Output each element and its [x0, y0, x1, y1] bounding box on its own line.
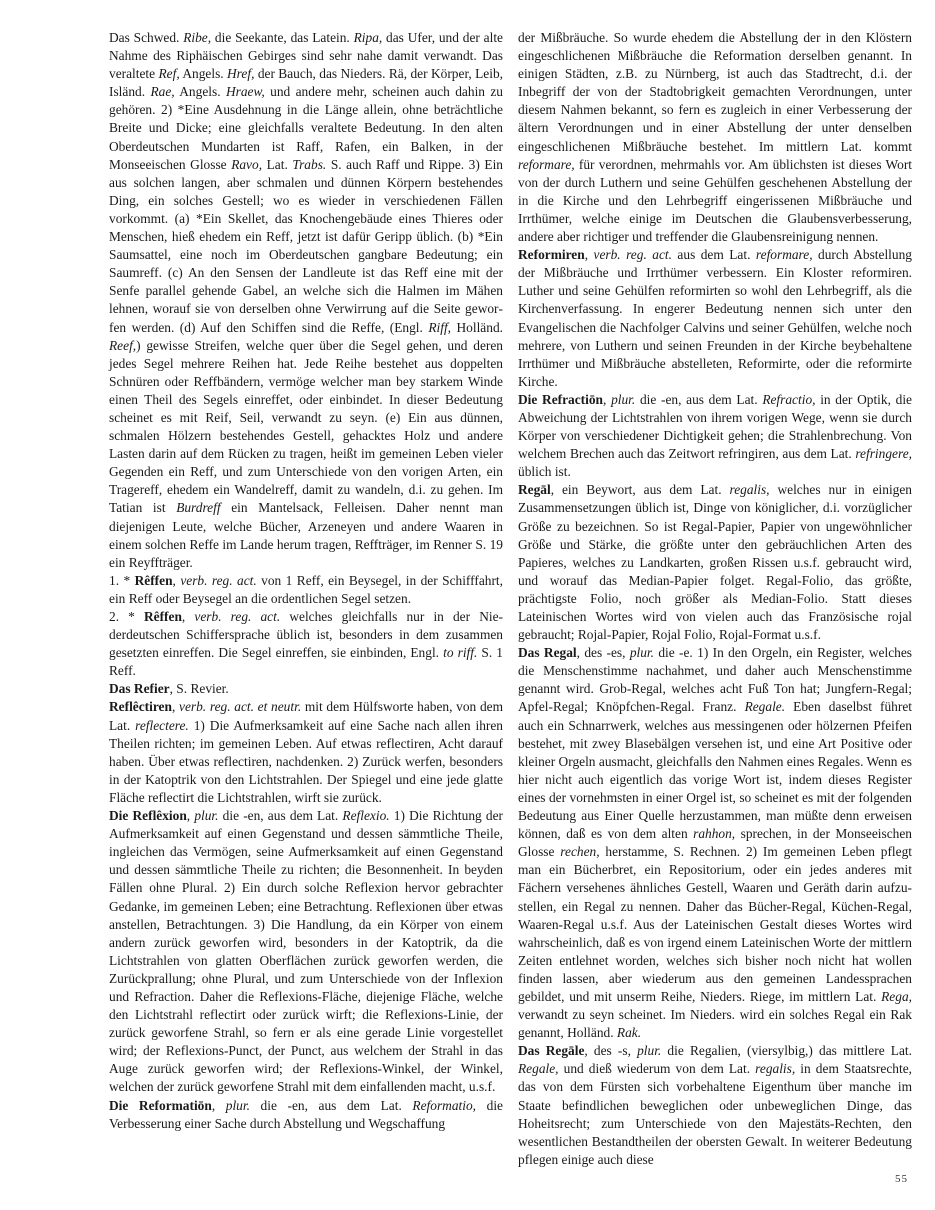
dictionary-entry: Reflêctiren, verb. reg. act. et neutr. m…	[109, 698, 503, 807]
entry-text: 2. *	[109, 609, 144, 624]
entry-text: ,	[212, 1098, 226, 1113]
entry-text: welches nur in eini­gen Zusammensetzunge…	[518, 482, 912, 642]
entry-text: üblich ist.	[518, 464, 571, 479]
italic-term: reformare,	[518, 157, 575, 172]
entry-text: Lat.	[262, 157, 292, 172]
italic-term: Ravo,	[231, 157, 262, 172]
italic-term: Rega,	[881, 989, 912, 1004]
italic-term: plur.	[630, 645, 654, 660]
italic-term: verb. reg. act.	[194, 609, 280, 624]
entry-text: die Seekante, das Latein.	[211, 30, 354, 45]
entry-text: Eben daselbst führet auch ein Schnarrwer…	[518, 699, 912, 841]
entry-text: S. auch Raff und Rippe. 3) Ein aus solch…	[109, 157, 503, 335]
italic-term: Ripa,	[354, 30, 383, 45]
entry-text: Holländ.	[451, 320, 503, 335]
dictionary-entry: Die Refractiōn, plur. die -en, aus dem L…	[518, 391, 912, 481]
headword: Das Refier	[109, 681, 170, 696]
italic-term: Rak.	[617, 1025, 641, 1040]
entry-text: für verordnen, mehrmahls vor. Am üblichs…	[518, 157, 912, 244]
italic-term: Burdreff	[176, 500, 220, 515]
headword: Das Regāle	[518, 1043, 584, 1058]
dictionary-entry: 2. * Rêffen, verb. reg. act. welches gle…	[109, 608, 503, 680]
entry-text: ) gewisse Streifen, welche quer über die…	[109, 338, 503, 516]
entry-text: aus dem Lat.	[672, 247, 756, 262]
italic-term: Regale.	[745, 699, 786, 714]
italic-term: Ref,	[158, 66, 179, 81]
dictionary-entry: Das Regāle, des -s, plur. die Regalien, …	[518, 1042, 912, 1169]
italic-term: Trabs.	[292, 157, 326, 172]
italic-term: regalis,	[755, 1061, 795, 1076]
dictionary-entry: Die Reflêxion, plur. die -en, aus dem La…	[109, 807, 503, 1097]
entry-text: der Mißbräuche. So wurde ehedem die Abst…	[518, 30, 912, 154]
dictionary-entry: Die Reformatiōn, plur. die -en, aus dem …	[109, 1097, 503, 1133]
dictionary-entry: Das Schwed. Ribe, die Seekante, das Late…	[109, 29, 503, 572]
entry-text: die -en, aus dem Lat.	[219, 808, 343, 823]
entry-text: ,	[172, 699, 179, 714]
italic-term: verb. reg. act. et neutr.	[179, 699, 301, 714]
entry-text: herstam­me, S. Rechnen. 2) Im gemeinen L…	[518, 844, 912, 1004]
italic-term: Regale,	[518, 1061, 559, 1076]
dictionary-page: Das Schwed. Ribe, die Seekante, das Late…	[0, 0, 935, 1210]
headword: Die Refractiōn	[518, 392, 603, 407]
italic-term: plur.	[226, 1098, 250, 1113]
italic-term: rahhon,	[693, 826, 735, 841]
headword: Die Reflêxion	[109, 808, 187, 823]
italic-term: Href,	[227, 66, 254, 81]
italic-term: regalis,	[729, 482, 769, 497]
headword: Rêffen	[144, 609, 182, 624]
italic-term: verb. reg. act.	[594, 247, 672, 262]
entry-text: durch Abstellung der Mißbräuche und Irrt…	[518, 247, 912, 389]
italic-term: plur.	[611, 392, 635, 407]
italic-term: Refractio,	[762, 392, 815, 407]
dictionary-entry: Regāl, ein Beywort, aus dem Lat. regalis…	[518, 481, 912, 644]
italic-term: Riff,	[428, 320, 451, 335]
entry-text: die Regalien, (viersylbig,) das mittlere…	[661, 1043, 912, 1058]
italic-term: Reflexio.	[342, 808, 389, 823]
italic-term: to riff.	[443, 645, 477, 660]
entry-text: in dem Staatsrechte, das von dem Fürsten…	[518, 1061, 912, 1166]
italic-term: plur.	[637, 1043, 661, 1058]
dictionary-entry: Das Refier, S. Revier.	[109, 680, 503, 698]
italic-term: Rae,	[150, 84, 174, 99]
entry-text: 1) Die Richtung der Aufmerksamkeit auf e…	[109, 808, 503, 1094]
italic-term: Ribe,	[183, 30, 211, 45]
entry-text: ,	[585, 247, 594, 262]
dictionary-entry: Reformiren, verb. reg. act. aus dem Lat.…	[518, 246, 912, 391]
entry-text: verwandt zu seyn scheinet. Im Nieders. w…	[518, 1007, 912, 1040]
italic-term: reformare,	[756, 247, 813, 262]
left-column: Das Schwed. Ribe, die Seekante, das Late…	[109, 29, 503, 1133]
entry-text: ,	[182, 609, 194, 624]
dictionary-entry: 1. * Rêffen, verb. reg. act. von 1 Reff,…	[109, 572, 503, 608]
italic-term: plur.	[194, 808, 218, 823]
italic-term: rechen,	[560, 844, 599, 859]
headword: Das Regal	[518, 645, 577, 660]
italic-term: reflectere.	[135, 718, 189, 733]
entry-text: Angels.	[180, 66, 227, 81]
italic-term: Reef,	[109, 338, 136, 353]
entry-text: und dieß wiederum von dem Lat.	[559, 1061, 756, 1076]
italic-term: verb. reg. act.	[180, 573, 256, 588]
entry-text: die -en, aus dem Lat.	[250, 1098, 412, 1113]
right-column: der Mißbräuche. So wurde ehedem die Abst…	[518, 29, 912, 1169]
page-number: 55	[895, 1173, 908, 1185]
italic-term: Hraew,	[226, 84, 265, 99]
headword: Reformiren	[518, 247, 585, 262]
entry-text: , S. Revier.	[170, 681, 229, 696]
headword: Reflêctiren	[109, 699, 172, 714]
headword: Die Reformatiōn	[109, 1098, 212, 1113]
dictionary-entry: der Mißbräuche. So wurde ehedem die Abst…	[518, 29, 912, 246]
entry-text: Das Schwed.	[109, 30, 183, 45]
italic-term: refringere,	[855, 446, 912, 461]
entry-text: ,	[603, 392, 611, 407]
entry-text: , ein Beywort, aus dem Lat.	[551, 482, 730, 497]
entry-text: Angels.	[175, 84, 226, 99]
italic-term: Reformatio,	[412, 1098, 476, 1113]
entry-text: , des -es,	[577, 645, 630, 660]
dictionary-entry: Das Regal, des -es, plur. die -e. 1) In …	[518, 644, 912, 1042]
entry-text: die -en, aus dem Lat.	[635, 392, 762, 407]
headword: Regāl	[518, 482, 551, 497]
entry-text: 1. *	[109, 573, 135, 588]
headword: Rêffen	[135, 573, 173, 588]
entry-text: , des -s,	[584, 1043, 637, 1058]
